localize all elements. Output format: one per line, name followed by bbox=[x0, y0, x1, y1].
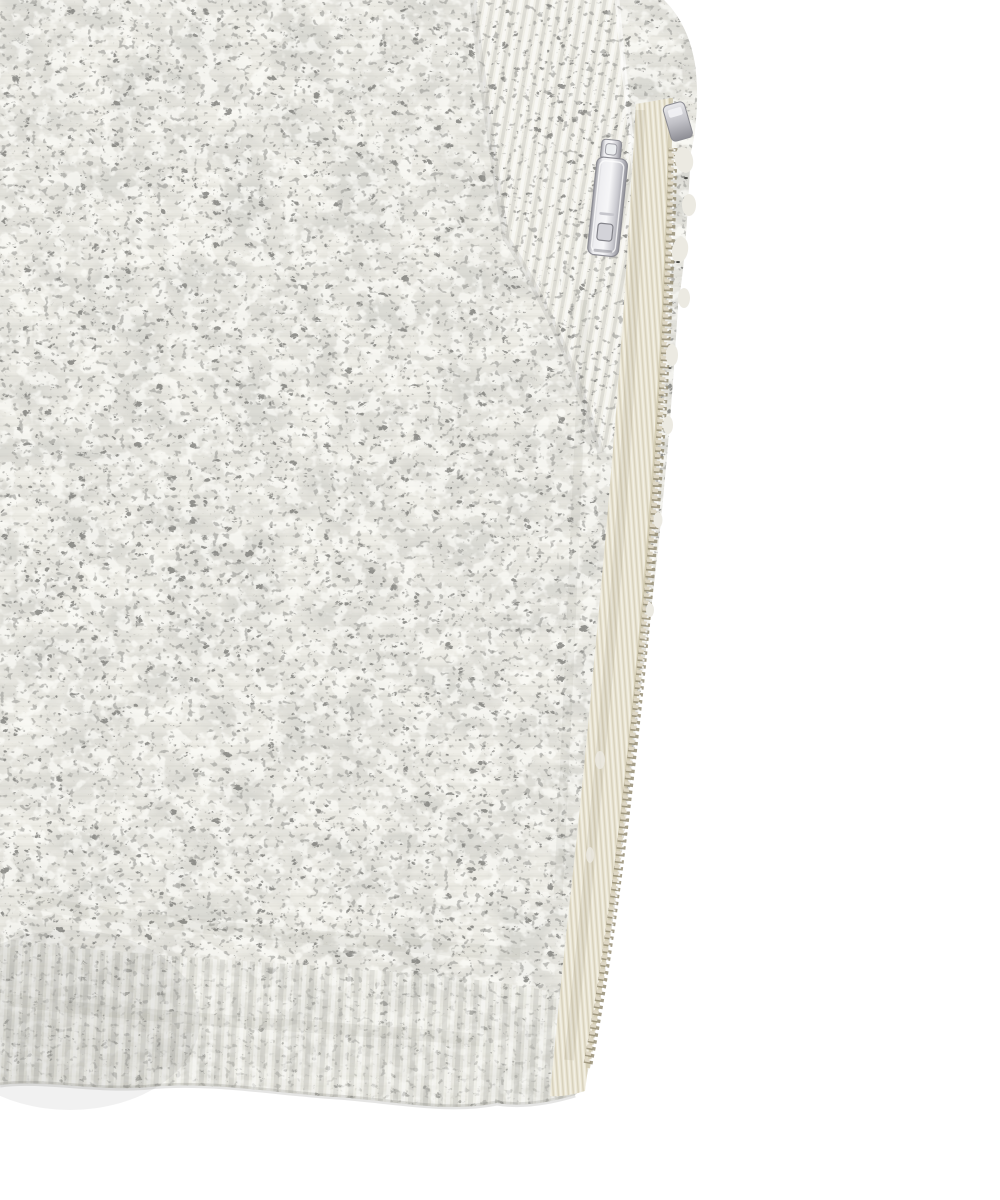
photo-canvas: Knit garment side-zip close-up Close-up … bbox=[0, 0, 1000, 1200]
pull-hinge-gap bbox=[605, 143, 617, 155]
product-photo: Knit garment side-zip close-up Knit garm… bbox=[0, 0, 1000, 1200]
zipper-pull-hole bbox=[597, 223, 614, 241]
